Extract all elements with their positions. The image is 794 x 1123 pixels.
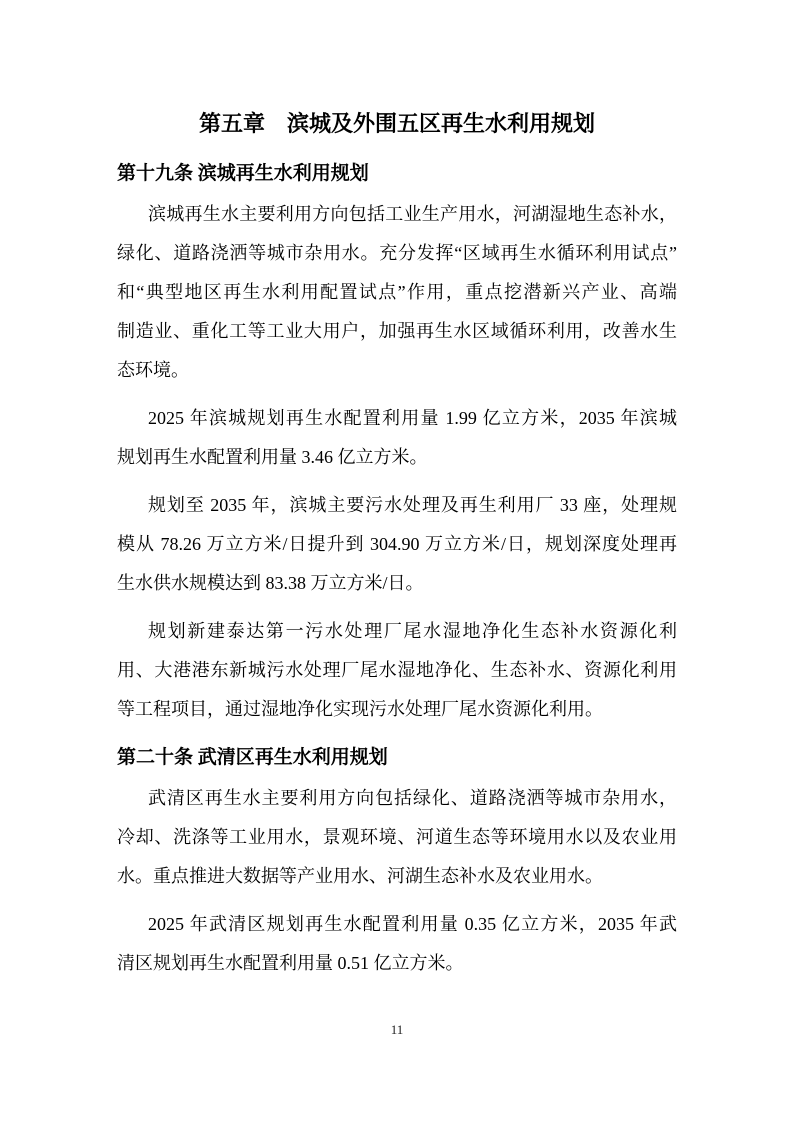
body-line: 态环境。 [117,351,677,390]
body-line: 规划再生水配置利用量 3.46 亿立方米。 [117,438,677,477]
body-line: 制造业、重化工等工业大用户，加强再生水区域循环利用，改善水生 [117,312,677,351]
chapter-title: 第五章 滨城及外围五区再生水利用规划 [117,107,677,141]
body-line: 等工程项目，通过湿地净化实现污水处理厂尾水资源化利用。 [117,690,677,729]
body-line: 水。重点推进大数据等产业用水、河湖生态补水及农业用水。 [117,857,677,896]
page-number: 11 [0,1022,794,1038]
section-heading-article-20: 第二十条 武清区再生水利用规划 [117,738,677,778]
body-line: 清区规划再生水配置利用量 0.51 亿立方米。 [117,944,677,983]
paragraph: 规划至 2035 年，滨城主要污水处理及再生利用厂 33 座，处理规 模从 78… [117,486,677,603]
paragraph: 滨城再生水主要利用方向包括工业生产用水，河湖湿地生态补水， 绿化、道路浇洒等城市… [117,195,677,390]
document-page: 第五章 滨城及外围五区再生水利用规划 第十九条 滨城再生水利用规划 滨城再生水主… [0,0,794,1123]
section-heading-article-19: 第十九条 滨城再生水利用规划 [117,154,677,194]
body-line: 规划至 2035 年，滨城主要污水处理及再生利用厂 33 座，处理规 [117,486,677,525]
body-line: 规划新建泰达第一污水处理厂尾水湿地净化生态补水资源化利 [117,612,677,651]
paragraph: 规划新建泰达第一污水处理厂尾水湿地净化生态补水资源化利 用、大港港东新城污水处理… [117,612,677,729]
body-line: 绿化、道路浇洒等城市杂用水。充分发挥“区域再生水循环利用试点” [117,234,677,273]
body-line: 武清区再生水主要利用方向包括绿化、道路浇洒等城市杂用水， [117,779,677,818]
body-line: 用、大港港东新城污水处理厂尾水湿地净化、生态补水、资源化利用 [117,651,677,690]
body-line: 2025 年滨城规划再生水配置利用量 1.99 亿立方米，2035 年滨城 [117,399,677,438]
body-line: 模从 78.26 万立方米/日提升到 304.90 万立方米/日，规划深度处理再 [117,525,677,564]
paragraph: 2025 年武清区规划再生水配置利用量 0.35 亿立方米，2035 年武 清区… [117,905,677,983]
body-line: 滨城再生水主要利用方向包括工业生产用水，河湖湿地生态补水， [117,195,677,234]
body-line: 2025 年武清区规划再生水配置利用量 0.35 亿立方米，2035 年武 [117,905,677,944]
paragraph: 2025 年滨城规划再生水配置利用量 1.99 亿立方米，2035 年滨城 规划… [117,399,677,477]
body-line: 和“典型地区再生水利用配置试点”作用，重点挖潜新兴产业、高端 [117,273,677,312]
paragraph: 武清区再生水主要利用方向包括绿化、道路浇洒等城市杂用水， 冷却、洗涤等工业用水，… [117,779,677,896]
body-line: 生水供水规模达到 83.38 万立方米/日。 [117,564,677,603]
body-line: 冷却、洗涤等工业用水，景观环境、河道生态等环境用水以及农业用 [117,818,677,857]
